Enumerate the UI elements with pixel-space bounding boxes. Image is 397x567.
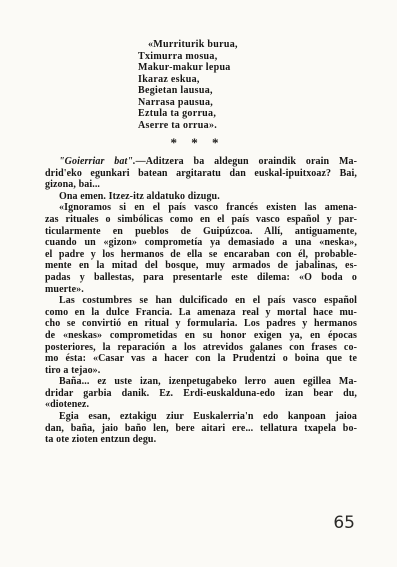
page-number: 65 [333,513,355,533]
text-line: como en la dulce Francia. La amenaza rea… [45,307,357,319]
text-line: "Goierriar bat".—Aditzera ba aldegun ora… [45,156,357,168]
poem-line: Ikaraz eskua, [138,74,238,86]
text-line: muerte». [45,284,357,296]
text-line: mente en la mitad del bosque, muy armado… [45,260,357,272]
text-line: zas rituales o simbólicas como en el paí… [45,214,357,226]
paragraph: Baña... ez uste izan, izenpetugabeko ler… [45,376,357,411]
text-line: tiro a tejao». [45,365,357,377]
text-line: drid'eko egunkari batean argitaratu dan … [45,168,357,180]
text-line: «Ignoramos si en el país vasco francés e… [45,202,357,214]
body-text: "Goierriar bat".—Aditzera ba aldegun ora… [45,156,357,446]
poem-line: «Murriturik burua, [138,39,238,51]
text-line: gizona, bai... [45,179,357,191]
text-line: el padre y los hermanos de ella se encar… [45,249,357,261]
asterisk-separator: * * * [45,135,345,151]
text-line: cho se convirtió en ritual y formularia.… [45,318,357,330]
poem-line: Narrasa pausua, [138,97,238,109]
poem-line: Eztula ta gorrua, [138,108,238,120]
text-line: ticularmente en pueblos de Guipúzcoa. Al… [45,226,357,238]
text-line: mo ésta: «Casar vas a hacer con la Prude… [45,353,357,365]
italic-title: "Goierriar bat". [59,156,136,167]
paragraph: Ona emen. Itzez-itz aldatuko dizugu. [45,191,357,203]
paragraph: «Ignoramos si en el país vasco francés e… [45,202,357,295]
text-line: «diotenez. [45,399,357,411]
poem-line: Makur-makur lepua [138,62,238,74]
text-line: Ona emen. Itzez-itz aldatuko dizugu. [45,191,357,203]
text-line: posteriores, la reparación a los atrevid… [45,342,357,354]
text-line: Egia esan, eztakigu ziur Euskalerria'n e… [45,411,357,423]
text-line: padas y ballestas, para presentarle este… [45,272,357,284]
text-line: Las costumbres se han dulcificado en el … [45,295,357,307]
text-run: —Aditzera ba aldegun oraindik orain Ma- [136,156,357,167]
text-line: Baña... ez uste izan, izenpetugabeko ler… [45,376,357,388]
book-page: «Murriturik burua, Tximurra mosua, Makur… [0,0,397,567]
poem-line: Tximurra mosua, [138,51,238,63]
paragraph: Egia esan, eztakigu ziur Euskalerria'n e… [45,411,357,446]
paragraph: Las costumbres se han dulcificado en el … [45,295,357,376]
poem-line: Begietan lausua, [138,85,238,97]
text-line: de «neskas» comprometidas en su honor ex… [45,330,357,342]
poem-line: Aserre ta orrua». [138,120,238,132]
text-line: cuando un «gizon» comprometía ya demasia… [45,237,357,249]
paragraph: "Goierriar bat".—Aditzera ba aldegun ora… [45,156,357,191]
text-line: dan, baña, jaio baño len, bere aitari er… [45,423,357,435]
text-line: dridar garbia danik. Ez. Erdi-euskalduna… [45,388,357,400]
text-line: ta ote zioten entzun degu. [45,434,357,446]
poem: «Murriturik burua, Tximurra mosua, Makur… [138,39,238,131]
